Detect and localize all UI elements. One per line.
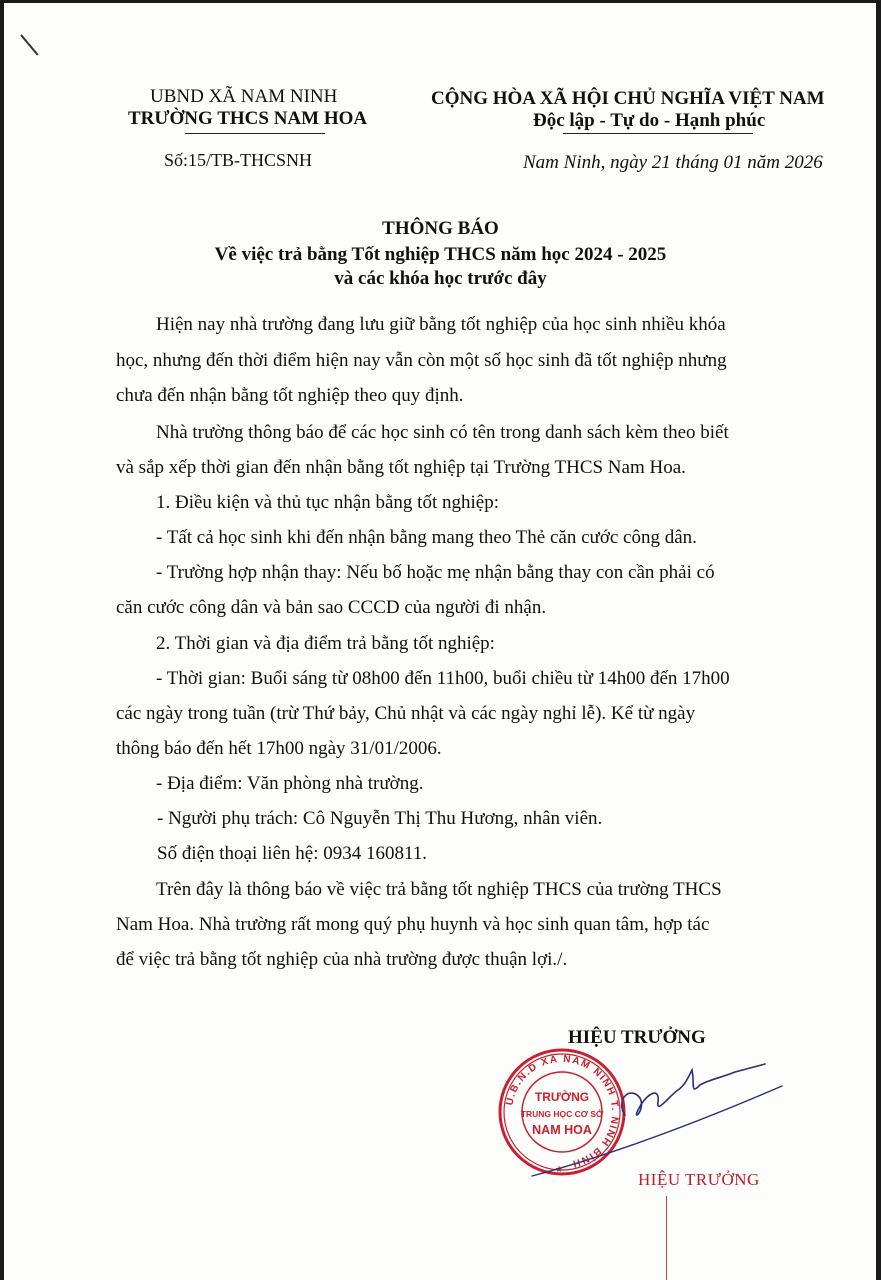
body-line: Hiện nay nhà trường đang lưu giữ bằng tố… <box>156 314 726 336</box>
national-motto: Độc lập - Tự do - Hạnh phúc <box>533 110 765 132</box>
body-line: học, nhưng đến thời điểm hiện nay vẫn cò… <box>116 350 727 372</box>
handwritten-signature <box>520 1040 790 1180</box>
school-underline <box>185 133 325 134</box>
motto-underline <box>563 133 753 134</box>
body-line: - Tất cả học sinh khi đến nhận bằng mang… <box>156 527 697 549</box>
body-line: để việc trả bằng tốt nghiệp của nhà trườ… <box>116 949 567 971</box>
body-line: - Thời gian: Buổi sáng từ 08h00 đến 11h0… <box>156 668 730 690</box>
body-line: Nam Hoa. Nhà trường rất mong quý phụ huy… <box>116 914 709 936</box>
document-subtitle: Về việc trả bằng Tốt nghiệp THCS năm học… <box>0 244 881 266</box>
place-date: Nam Ninh, ngày 21 tháng 01 năm 2026 <box>523 152 823 174</box>
stamp-mark-line <box>666 1196 667 1280</box>
body-line: - Trường hợp nhận thay: Nếu bố hoặc mẹ n… <box>156 562 715 584</box>
body-line: thông báo đến hết 17h00 ngày 31/01/2006. <box>116 738 442 760</box>
document-number: Số:15/TB-THCSNH <box>164 150 312 171</box>
issuing-authority: UBND XÃ NAM NINH <box>150 86 337 108</box>
school-name: TRƯỜNG THCS NAM HOA <box>128 108 367 130</box>
body-line: Nhà trường thông báo để các học sinh có … <box>156 422 729 444</box>
document-title: THÔNG BÁO <box>0 218 881 240</box>
stamp-title: HIỆU TRƯỞNG <box>638 1170 760 1190</box>
document-subtitle-2: và các khóa học trước đây <box>0 268 881 290</box>
contact-phone: Số điện thoại liên hệ: 0934 160811. <box>157 843 427 865</box>
body-line: - Người phụ trách: Cô Nguyễn Thị Thu Hươ… <box>157 808 602 830</box>
body-line: và sắp xếp thời gian đến nhận bằng tốt n… <box>116 457 686 479</box>
body-line: - Địa điểm: Văn phòng nhà trường. <box>156 773 423 795</box>
body-line: căn cước công dân và bản sao CCCD của ng… <box>116 597 546 619</box>
body-line: các ngày trong tuần (trừ Thứ bảy, Chủ nh… <box>116 703 695 725</box>
section-heading: 2. Thời gian và địa điểm trả bằng tốt ng… <box>156 633 495 655</box>
body-line: Trên đây là thông báo về việc trả bằng t… <box>156 879 722 901</box>
body-line: chưa đến nhận bằng tốt nghiệp theo quy đ… <box>116 385 463 407</box>
national-title: CỘNG HÒA XÃ HỘI CHỦ NGHĨA VIỆT NAM <box>431 88 825 110</box>
section-heading: 1. Điều kiện và thủ tục nhận bằng tốt ng… <box>156 492 499 514</box>
